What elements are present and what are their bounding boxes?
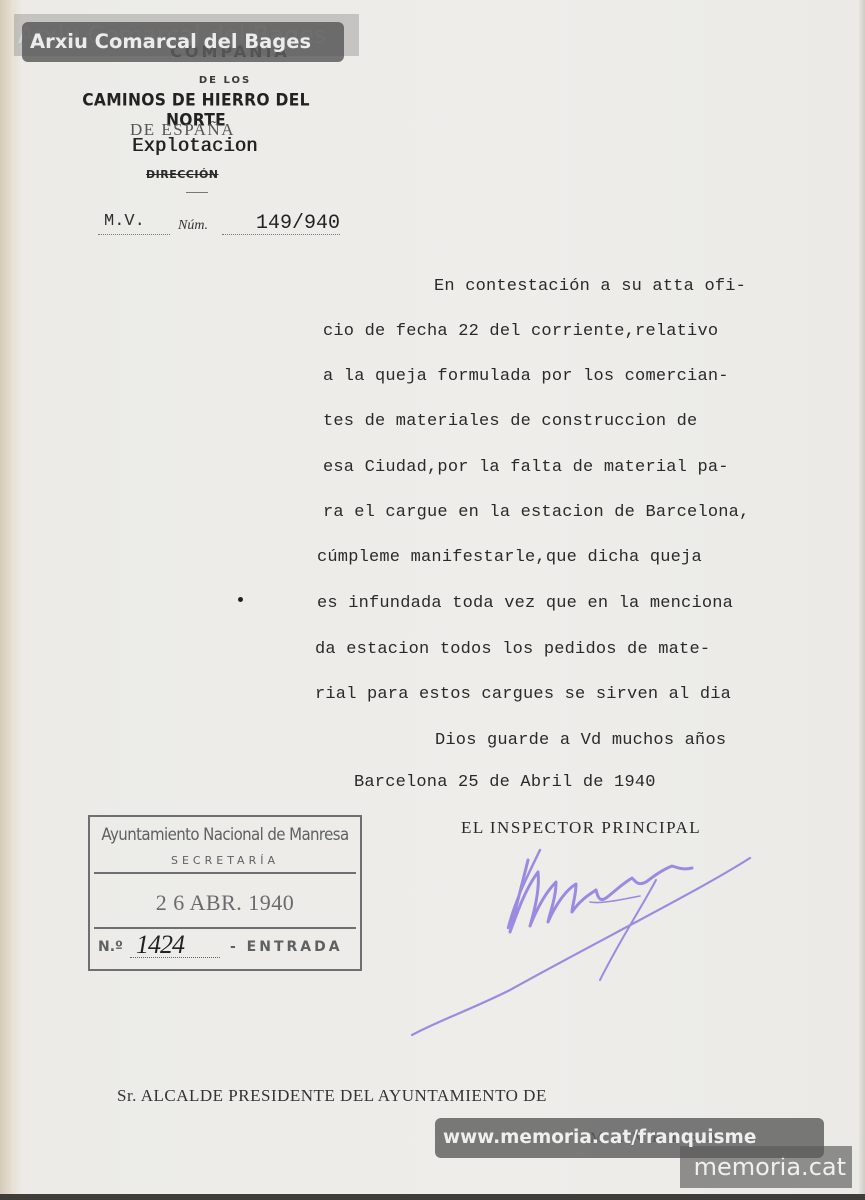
document-page: COMPAÑIA DE LOS CAMINOS DE HIERRO DEL NO… — [0, 0, 865, 1200]
reference-number-label: Núm. — [178, 218, 208, 234]
signature — [400, 840, 780, 1040]
body-line: cio de fecha 22 del corriente,relativo — [323, 322, 718, 342]
registry-stamp: Ayuntamiento Nacional de Manresa SECRETA… — [88, 815, 362, 971]
body-line: cúmpleme manifestarle,que dicha queja — [317, 548, 702, 568]
stamp-entry-label: - ENTRADA — [230, 939, 343, 955]
stamp-date: 2 6 ABR. 1940 — [90, 890, 360, 916]
stamp-title: Ayuntamiento Nacional de Manresa — [96, 824, 354, 845]
body-line: a la queja formulada por los comercian- — [323, 367, 729, 387]
archive-watermark: Arxiu Comarcal del Bages — [22, 22, 344, 62]
body-line: En contestación a su atta ofi- — [434, 277, 746, 297]
body-line: ra el cargue en la estacion de Barcelona… — [323, 503, 749, 523]
letterhead-divider — [186, 192, 208, 193]
ink-dot — [238, 597, 243, 602]
letterhead-department: Explotacion — [132, 135, 257, 157]
body-line: rial para estos cargues se sirven al dia — [315, 685, 731, 705]
letterhead-de-los: DE LOS — [140, 75, 310, 86]
reference-number: 149/940 — [256, 212, 340, 235]
stamp-number-prefix: N.º — [98, 939, 123, 955]
addressee-line: Sr. ALCALDE PRESIDENTE DEL AYUNTAMIENTO … — [117, 1086, 547, 1106]
stamp-handwritten-number: 1424 — [136, 930, 184, 960]
body-line: es infundada toda vez que en la menciona — [317, 594, 733, 614]
reference-prefix: M.V. — [104, 212, 145, 231]
closing-line: Dios guarde a Vd muchos años — [435, 731, 726, 751]
page-edge — [0, 1194, 865, 1200]
signatory-title: EL INSPECTOR PRINCIPAL — [461, 818, 701, 838]
letterhead-struck-department: DIRECCIÓN — [146, 168, 219, 181]
body-line: esa Ciudad,por la falta de material pa- — [323, 458, 729, 478]
dotted-line — [98, 234, 170, 235]
stamp-subtitle: SECRETARÍA — [90, 854, 360, 867]
stamp-divider — [94, 927, 356, 929]
place-date: Barcelona 25 de Abril de 1940 — [354, 773, 656, 793]
body-line: tes de materiales de construccion de — [323, 412, 697, 432]
page-edge — [859, 0, 865, 1200]
body-line: da estacion todos los pedidos de mate- — [315, 640, 710, 660]
stamp-divider — [94, 872, 356, 874]
url-watermark[interactable]: www.memoria.cat/franquisme — [435, 1118, 824, 1158]
